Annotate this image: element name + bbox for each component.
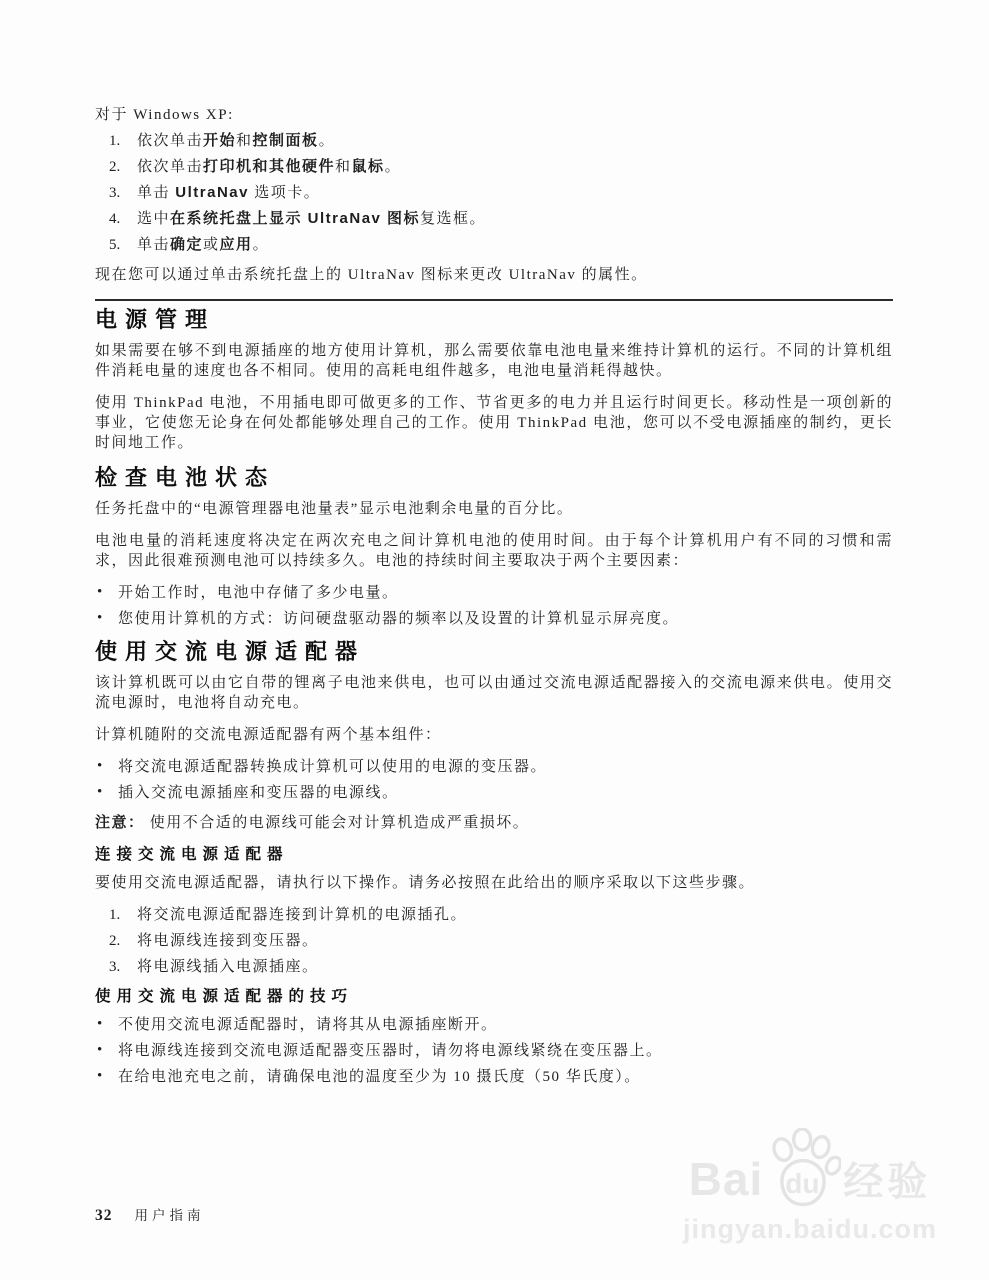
list-item: 1. 依次单击开始和控制面板。 (95, 131, 893, 151)
bullet-icon: • (97, 1040, 104, 1060)
step-text: 将电源线插入电源插座。 (137, 959, 319, 975)
ultranav-steps-list: 1. 依次单击开始和控制面板。 2. 依次单击打印机和其他硬件和鼠标。 3. 单… (95, 131, 893, 255)
bullet-text: 在给电池充电之前，请确保电池的温度至少为 10 摄氏度（50 华氏度）。 (118, 1069, 641, 1085)
attention-note: 注意： 使用不合适的电源线可能会对计算机造成严重损坏。 (95, 813, 893, 833)
paragraph: 如果需要在够不到电源插座的地方使用计算机，那么需要依靠电池电量来维持计算机的运行… (95, 341, 893, 381)
list-item: • 插入交流电源插座和变压器的电源线。 (95, 783, 893, 803)
step-text: 依次单击打印机和其他硬件和鼠标。 (137, 159, 401, 175)
step-number: 2. (109, 931, 120, 951)
list-item: 3. 将电源线插入电源插座。 (95, 957, 893, 977)
paragraph: 要使用交流电源适配器，请执行以下操作。请务必按照在此给出的顺序采取以下这些步骤。 (95, 873, 893, 893)
section-title-power-management: 电源管理 (95, 307, 893, 333)
intro-lead: 对于 Windows XP: (95, 105, 893, 125)
section-title-ac-adapter: 使用交流电源适配器 (95, 639, 893, 665)
list-item: • 开始工作时，电池中存储了多少电量。 (95, 583, 893, 603)
adapter-components-list: • 将交流电源适配器转换成计算机可以使用的电源的变压器。 • 插入交流电源插座和… (95, 757, 893, 803)
step-text: 单击 UltraNav 选项卡。 (137, 185, 320, 201)
watermark-brand-cn: 经验 (843, 1162, 931, 1202)
page-footer: 32用户指南 (95, 1204, 205, 1225)
step-number: 3. (109, 957, 120, 977)
step-number: 2. (109, 157, 120, 177)
note-label: 注意： (95, 814, 145, 831)
bullet-icon: • (97, 1014, 104, 1034)
bullet-text: 您使用计算机的方式：访问硬盘驱动器的频率以及设置的计算机显示屏亮度。 (118, 611, 679, 627)
paragraph: 计算机随附的交流电源适配器有两个基本组件： (95, 725, 893, 745)
list-item: 3. 单击 UltraNav 选项卡。 (95, 183, 893, 203)
subsection-title-adapter-tips: 使用交流电源适配器的技巧 (95, 987, 893, 1007)
list-item: • 不使用交流电源适配器时，请将其从电源插座断开。 (95, 1015, 893, 1035)
paragraph: 任务托盘中的“电源管理器电池量表”显示电池剩余电量的百分比。 (95, 499, 893, 519)
step-text: 单击确定或应用。 (137, 237, 269, 253)
step-text: 将电源线连接到变压器。 (137, 933, 319, 949)
watermark-brand-row: Bai du 经验 (683, 1128, 937, 1210)
step-text: 将交流电源适配器连接到计算机的电源插孔。 (137, 907, 467, 923)
note-text: 使用不合适的电源线可能会对计算机造成严重损坏。 (150, 815, 530, 831)
footer-label: 用户指南 (135, 1208, 205, 1223)
battery-factors-list: • 开始工作时，电池中存储了多少电量。 • 您使用计算机的方式：访问硬盘驱动器的… (95, 583, 893, 629)
section-title-battery-status: 检查电池状态 (95, 465, 893, 491)
list-item: 4. 选中在系统托盘上显示 UltraNav 图标复选框。 (95, 209, 893, 229)
bullet-icon: • (97, 782, 104, 802)
bullet-text: 将电源线连接到交流电源适配器变压器时，请勿将电源线紧绕在变压器上。 (118, 1043, 663, 1059)
page-number: 32 (95, 1207, 113, 1224)
section-divider (95, 299, 893, 301)
bullet-icon: • (97, 756, 104, 776)
list-item: 2. 将电源线连接到变压器。 (95, 931, 893, 951)
baidu-jingyan-watermark: Bai du 经验 jingyan.baidu.com (683, 1128, 937, 1245)
list-item: 2. 依次单击打印机和其他硬件和鼠标。 (95, 157, 893, 177)
step-number: 1. (109, 905, 120, 925)
bullet-icon: • (97, 608, 104, 628)
bullet-text: 不使用交流电源适配器时，请将其从电源插座断开。 (118, 1017, 498, 1033)
intro-closing: 现在您可以通过单击系统托盘上的 UltraNav 图标来更改 UltraNav … (95, 265, 893, 285)
bullet-text: 将交流电源适配器转换成计算机可以使用的电源的变压器。 (118, 759, 547, 775)
paragraph: 电池电量的消耗速度将决定在两次充电之间计算机电池的使用时间。由于每个计算机用户有… (95, 531, 893, 571)
list-item: • 在给电池充电之前，请确保电池的温度至少为 10 摄氏度（50 华氏度）。 (95, 1067, 893, 1087)
bullet-text: 插入交流电源插座和变压器的电源线。 (118, 785, 399, 801)
baidu-paw-icon: du (765, 1128, 841, 1210)
document-page: 对于 Windows XP: 1. 依次单击开始和控制面板。 2. 依次单击打印… (0, 0, 989, 1280)
paragraph: 该计算机既可以由它自带的锂离子电池来供电，也可以由通过交流电源适配器接入的交流电… (95, 673, 893, 713)
list-item: • 将电源线连接到交流电源适配器变压器时，请勿将电源线紧绕在变压器上。 (95, 1041, 893, 1061)
list-item: • 将交流电源适配器转换成计算机可以使用的电源的变压器。 (95, 757, 893, 777)
connect-steps-list: 1. 将交流电源适配器连接到计算机的电源插孔。 2. 将电源线连接到变压器。 3… (95, 905, 893, 977)
adapter-tips-list: • 不使用交流电源适配器时，请将其从电源插座断开。 • 将电源线连接到交流电源适… (95, 1015, 893, 1087)
paragraph: 使用 ThinkPad 电池，不用插电即可做更多的工作、节省更多的电力并且运行时… (95, 393, 893, 453)
list-item: 1. 将交流电源适配器连接到计算机的电源插孔。 (95, 905, 893, 925)
step-number: 3. (109, 183, 120, 203)
watermark-brand-suffix: du (785, 1168, 819, 1200)
step-text: 依次单击开始和控制面板。 (137, 133, 335, 149)
subsection-title-connect-adapter: 连接交流电源适配器 (95, 845, 893, 865)
list-item: • 您使用计算机的方式：访问硬盘驱动器的频率以及设置的计算机显示屏亮度。 (95, 609, 893, 629)
list-item: 5. 单击确定或应用。 (95, 235, 893, 255)
step-number: 1. (109, 131, 120, 151)
step-number: 5. (109, 235, 120, 255)
watermark-brand-prefix: Bai (689, 1156, 764, 1202)
page-content: 对于 Windows XP: 1. 依次单击开始和控制面板。 2. 依次单击打印… (95, 105, 893, 1097)
bullet-text: 开始工作时，电池中存储了多少电量。 (118, 585, 399, 601)
step-text: 选中在系统托盘上显示 UltraNav 图标复选框。 (137, 211, 486, 227)
bullet-icon: • (97, 1066, 104, 1086)
watermark-url: jingyan.baidu.com (683, 1214, 937, 1245)
bullet-icon: • (97, 582, 104, 602)
step-number: 4. (109, 209, 120, 229)
